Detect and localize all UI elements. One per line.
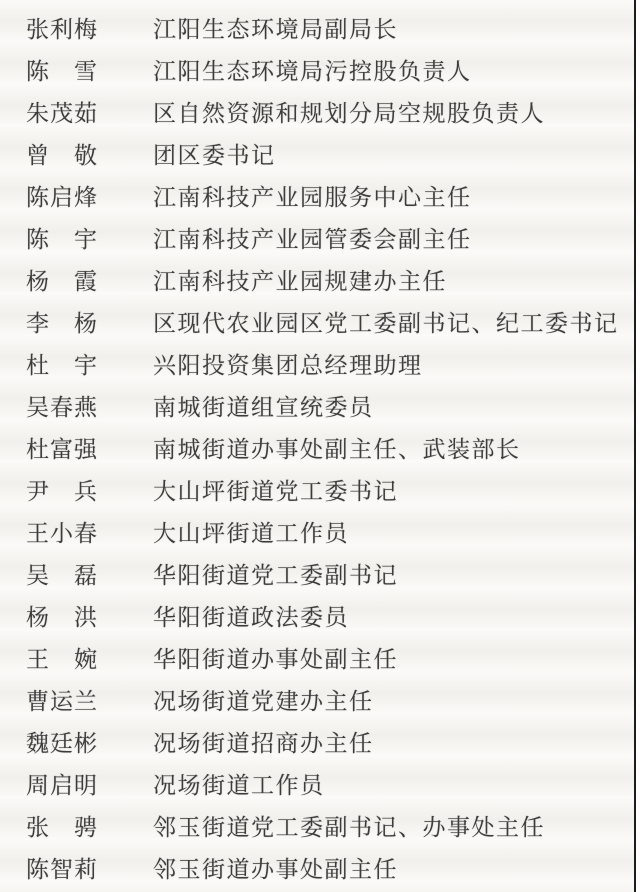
person-name: 魏廷彬 <box>26 723 153 765</box>
table-row: 杜富强 南城街道办事处副主任、武装部长 <box>0 429 640 471</box>
person-name: 张利梅 <box>26 9 153 51</box>
scanned-document-page: 张利梅 江阳生态环境局副局长 陈 雪 江阳生态环境局污控股负责人 朱茂茹 区自然… <box>0 0 640 892</box>
person-title: 兴阳投资集团总经理助理 <box>153 345 423 387</box>
person-title: 华阳街道政法委员 <box>153 597 349 639</box>
person-title: 况场街道招商办主任 <box>153 723 374 765</box>
table-row: 曹运兰 况场街道党建办主任 <box>0 681 640 723</box>
table-row: 李 杨 区现代农业园区党工委副书记、纪工委书记 <box>0 303 640 345</box>
person-name: 王 婉 <box>26 639 153 681</box>
person-title: 江阳生态环境局副局长 <box>153 9 398 51</box>
person-title: 南城街道办事处副主任、武装部长 <box>153 429 521 471</box>
person-title: 区自然资源和规划分局空规股负责人 <box>153 93 545 135</box>
person-name: 张 骋 <box>26 807 153 849</box>
person-title: 华阳街道办事处副主任 <box>153 639 398 681</box>
table-row: 陈智莉 邻玉街道办事处副主任 <box>0 849 640 891</box>
person-name: 杜富强 <box>26 429 153 471</box>
person-name: 曾 敬 <box>26 135 153 177</box>
person-title: 江南科技产业园服务中心主任 <box>153 177 472 219</box>
person-title: 江南科技产业园规建办主任 <box>153 261 447 303</box>
table-row: 陈 雪 江阳生态环境局污控股负责人 <box>0 51 640 93</box>
scan-edge-dark-line <box>634 0 636 892</box>
person-name: 陈启烽 <box>26 177 153 219</box>
person-name: 王小春 <box>26 513 153 555</box>
person-name: 尹 兵 <box>26 471 153 513</box>
person-title: 江南科技产业园管委会副主任 <box>153 219 472 261</box>
person-title: 况场街道党建办主任 <box>153 681 374 723</box>
table-row: 杨 洪 华阳街道政法委员 <box>0 597 640 639</box>
person-title: 况场街道工作员 <box>153 765 325 807</box>
person-name: 杨 洪 <box>26 597 153 639</box>
person-name: 李 杨 <box>26 303 153 345</box>
table-row: 曾 敬 团区委书记 <box>0 135 640 177</box>
person-name: 吴 磊 <box>26 555 153 597</box>
table-row: 杜 宇 兴阳投资集团总经理助理 <box>0 345 640 387</box>
person-title: 团区委书记 <box>153 135 276 177</box>
person-name: 朱茂茹 <box>26 93 153 135</box>
person-title: 南城街道组宣统委员 <box>153 387 374 429</box>
person-title: 大山坪街道工作员 <box>153 513 349 555</box>
table-row: 张利梅 江阳生态环境局副局长 <box>0 9 640 51</box>
personnel-roster-list: 张利梅 江阳生态环境局副局长 陈 雪 江阳生态环境局污控股负责人 朱茂茹 区自然… <box>0 9 640 891</box>
table-row: 魏廷彬 况场街道招商办主任 <box>0 723 640 765</box>
person-title: 华阳街道党工委副书记 <box>153 555 398 597</box>
scan-edge-white-strip <box>636 0 640 892</box>
person-title: 邻玉街道党工委副书记、办事处主任 <box>153 807 545 849</box>
person-name: 周启明 <box>26 765 153 807</box>
person-title: 江阳生态环境局污控股负责人 <box>153 51 472 93</box>
person-title: 大山坪街道党工委书记 <box>153 471 398 513</box>
person-name: 吴春燕 <box>26 387 153 429</box>
table-row: 吴 磊 华阳街道党工委副书记 <box>0 555 640 597</box>
table-row: 周启明 况场街道工作员 <box>0 765 640 807</box>
table-row: 陈启烽 江南科技产业园服务中心主任 <box>0 177 640 219</box>
table-row: 王 婉 华阳街道办事处副主任 <box>0 639 640 681</box>
table-row: 朱茂茹 区自然资源和规划分局空规股负责人 <box>0 93 640 135</box>
table-row: 张 骋 邻玉街道党工委副书记、办事处主任 <box>0 807 640 849</box>
person-name: 曹运兰 <box>26 681 153 723</box>
person-name: 杨 霞 <box>26 261 153 303</box>
table-row: 陈 宇 江南科技产业园管委会副主任 <box>0 219 640 261</box>
person-title: 区现代农业园区党工委副书记、纪工委书记 <box>153 303 619 345</box>
person-name: 杜 宇 <box>26 345 153 387</box>
person-name: 陈 雪 <box>26 51 153 93</box>
table-row: 吴春燕 南城街道组宣统委员 <box>0 387 640 429</box>
table-row: 尹 兵 大山坪街道党工委书记 <box>0 471 640 513</box>
person-name: 陈 宇 <box>26 219 153 261</box>
person-name: 陈智莉 <box>26 849 153 891</box>
table-row: 杨 霞 江南科技产业园规建办主任 <box>0 261 640 303</box>
table-row: 王小春 大山坪街道工作员 <box>0 513 640 555</box>
person-title: 邻玉街道办事处副主任 <box>153 849 398 891</box>
